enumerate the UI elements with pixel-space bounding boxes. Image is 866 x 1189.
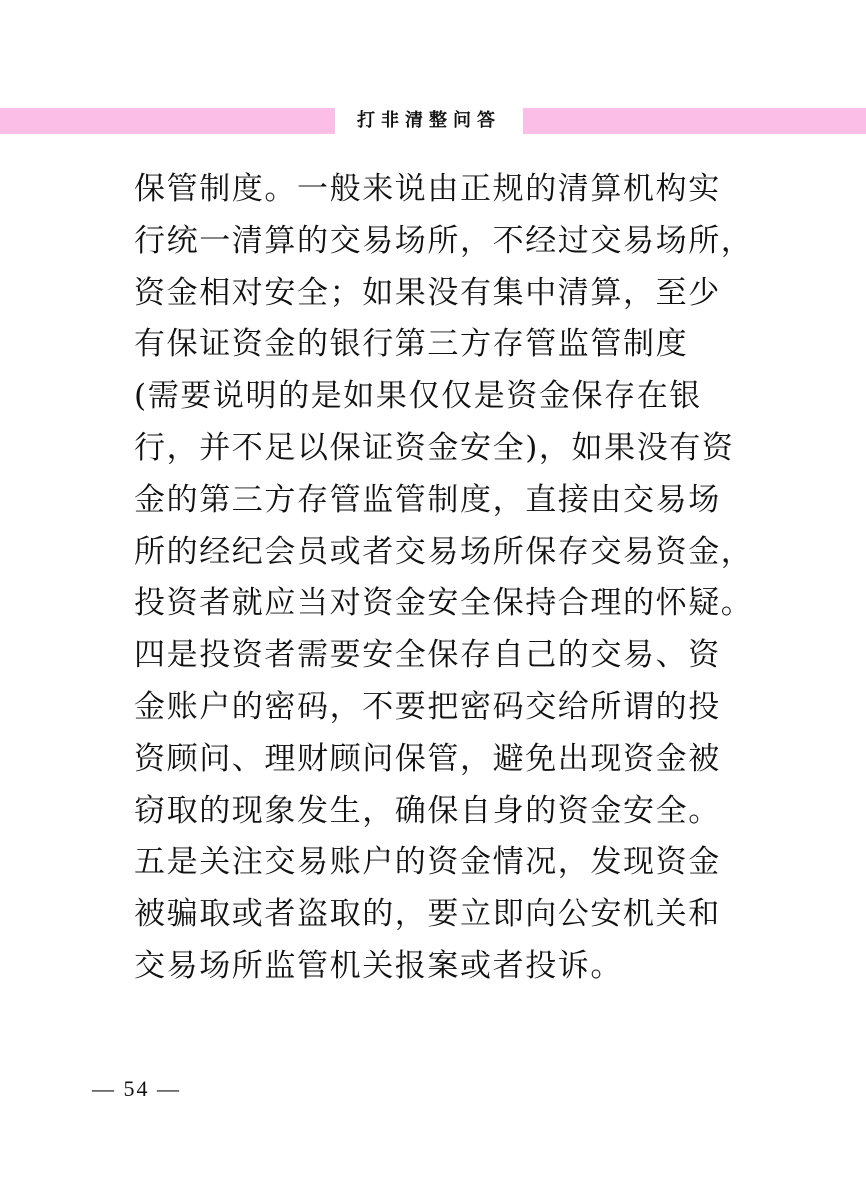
header-band-right [523,108,866,134]
text-line: 资金相对安全；如果没有集中清算，至少 [134,268,734,320]
text-line: 行统一清算的交易场所，不经过交易场所， [134,216,734,268]
text-line: 五是关注交易账户的资金情况，发现资金 [134,837,734,889]
text-line: 资顾问、理财顾问保管，避免出现资金被 [134,734,734,786]
text-line: 保管制度。一般来说由正规的清算机构实 [134,164,734,216]
text-line: (需要说明的是如果仅仅是资金保存在银 [134,371,734,423]
header-band-left [0,108,335,134]
body-paragraph: 保管制度。一般来说由正规的清算机构实 行统一清算的交易场所，不经过交易场所， 资… [134,164,734,993]
text-line: 窃取的现象发生，确保自身的资金安全。 [134,786,734,838]
text-line: 有保证资金的银行第三方存管监管制度 [134,319,734,371]
text-line: 四是投资者需要安全保存自己的交易、资 [134,630,734,682]
text-line: 金账户的密码，不要把密码交给所谓的投 [134,682,734,734]
text-line: 行，并不足以保证资金安全)，如果没有资 [134,423,734,475]
text-line: 投资者就应当对资金安全保持合理的怀疑。 [134,578,734,630]
text-line: 所的经纪会员或者交易场所保存交易资金， [134,527,734,579]
text-line: 被骗取或者盗取的，要立即向公安机关和 [134,889,734,941]
page-number: — 54 — [92,1074,181,1104]
text-line: 金的第三方存管监管制度，直接由交易场 [134,475,734,527]
running-header-title: 打非清整问答 [335,106,523,136]
text-line: 交易场所监管机关报案或者投诉。 [134,941,734,993]
